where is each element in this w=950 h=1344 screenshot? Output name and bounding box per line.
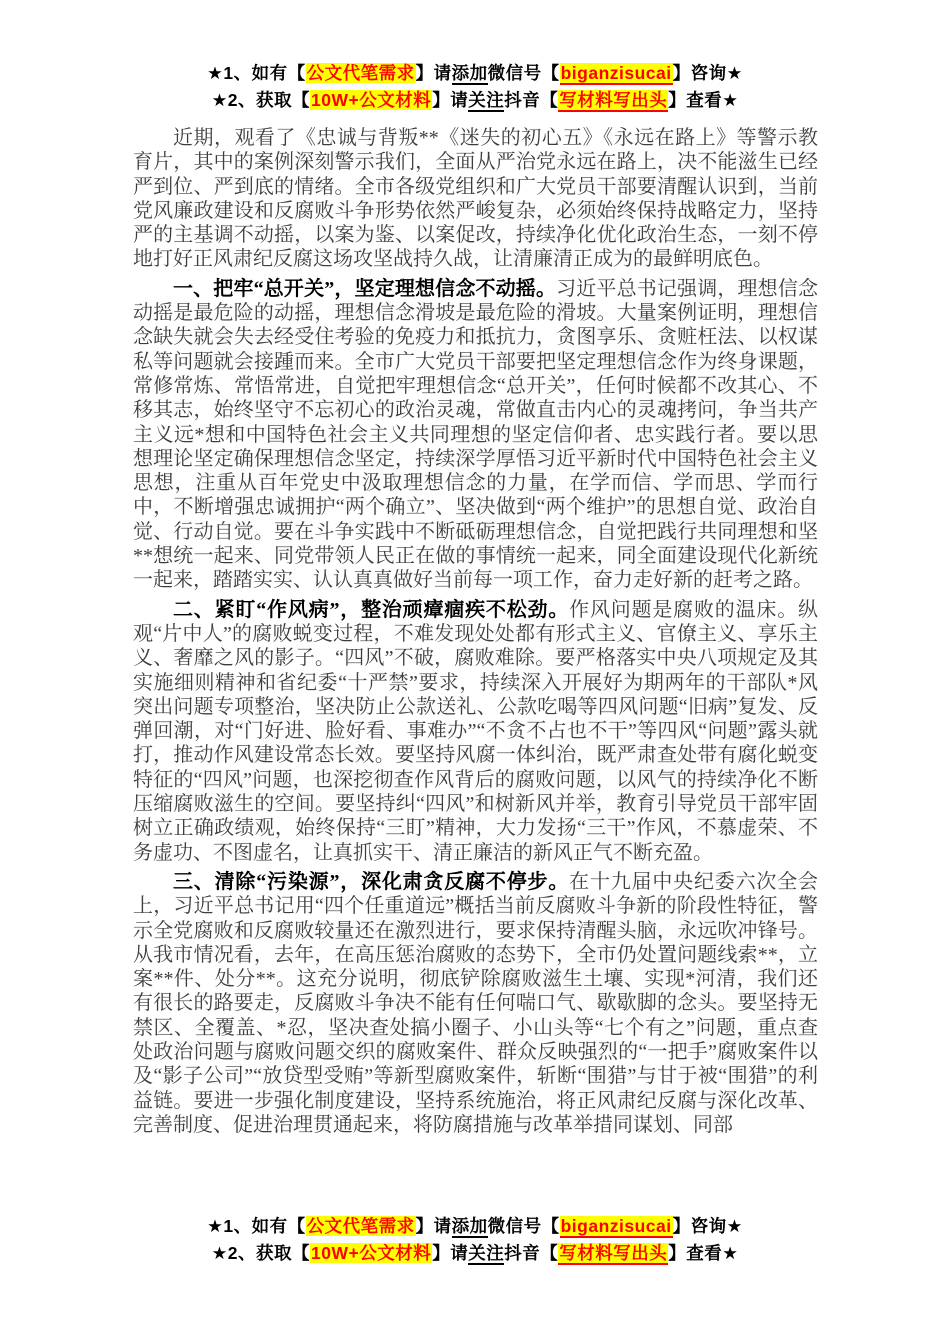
- promo-underline-follow: 关注: [468, 90, 504, 112]
- paragraph-text: 习近平总书记强调，理想信念动摇是最危险的动摇，理想信念滑坡是最危险的滑坡。大量案…: [133, 278, 818, 592]
- promo-text: 】请: [432, 90, 468, 110]
- promo-text: 】请: [416, 63, 452, 83]
- promo-text: ★2、获取【: [212, 1243, 310, 1263]
- promo-highlight-service: 公文代笔需求: [306, 63, 416, 83]
- promo-footer-line-2: ★2、获取【10W+公文材料】请关注抖音【写材料写出头】查看★: [0, 1240, 950, 1267]
- section-heading-2: 二、紧盯“作风病”，整治顽瘴痼疾不松劲。: [173, 599, 569, 621]
- promo-text: 】咨询★: [673, 1216, 743, 1236]
- paragraph-text: 在十九届中央纪委六次全会上，习近平总书记用“四个任重道远”概括当前反腐败斗争新的…: [133, 871, 818, 1136]
- promo-text: 微信号【: [488, 1216, 560, 1236]
- section-heading-3: 三、清除“污染源”，深化肃贪反腐不停步。: [173, 871, 569, 893]
- promo-text: 】请: [432, 1243, 468, 1263]
- promo-text: 抖音【: [504, 1243, 558, 1263]
- promo-highlight-douyin-id: 写材料写出头: [558, 90, 668, 112]
- paragraph-section-2: 二、紧盯“作风病”，整治顽瘴痼疾不松劲。作风问题是腐败的温床。纵观“片中人”的腐…: [133, 598, 818, 865]
- promo-highlight-wechat-id: biganzisucai: [560, 63, 673, 85]
- promo-highlight-wechat-id: biganzisucai: [560, 1216, 673, 1238]
- promo-text: 】查看★: [668, 90, 738, 110]
- promo-underline-follow: 关注: [468, 1243, 504, 1265]
- promo-text: 抖音【: [504, 90, 558, 110]
- paragraph-section-1: 一、把牢“总开关”，坚定理想信念不动摇。习近平总书记强调，理想信念动摇是最危险的…: [133, 277, 818, 593]
- document-page: ★1、如有【公文代笔需求】请添加微信号【biganzisucai】咨询★ ★2、…: [0, 0, 950, 1344]
- promo-text: 】咨询★: [673, 63, 743, 83]
- promo-header: ★1、如有【公文代笔需求】请添加微信号【biganzisucai】咨询★ ★2、…: [0, 60, 950, 114]
- promo-highlight-douyin-id: 写材料写出头: [558, 1243, 668, 1265]
- promo-header-line-2: ★2、获取【10W+公文材料】请关注抖音【写材料写出头】查看★: [0, 87, 950, 114]
- promo-text: ★2、获取【: [212, 90, 310, 110]
- promo-footer-line-1: ★1、如有【公文代笔需求】请添加微信号【biganzisucai】咨询★: [0, 1213, 950, 1240]
- promo-highlight-materials: 10W+公文材料: [310, 1243, 432, 1263]
- paragraph-text: 作风问题是腐败的温床。纵观“片中人”的腐败蜕变过程，不难发现处处都有形式主义、官…: [133, 599, 818, 864]
- promo-text: 微信号【: [488, 63, 560, 83]
- promo-text: 】请: [416, 1216, 452, 1236]
- paragraph-section-3: 三、清除“污染源”，深化肃贪反腐不停步。在十九届中央纪委六次全会上，习近平总书记…: [133, 870, 818, 1137]
- promo-text: ★1、如有【: [207, 1216, 305, 1236]
- promo-underline-add: 添加: [452, 63, 488, 85]
- promo-header-line-1: ★1、如有【公文代笔需求】请添加微信号【biganzisucai】咨询★: [0, 60, 950, 87]
- promo-highlight-materials: 10W+公文材料: [310, 90, 432, 110]
- document-body: 近期，观看了《忠诚与背叛**《迷失的初心五》《永远在路上》等警示教育片，其中的案…: [133, 126, 818, 1142]
- promo-footer: ★1、如有【公文代笔需求】请添加微信号【biganzisucai】咨询★ ★2、…: [0, 1213, 950, 1267]
- promo-highlight-service: 公文代笔需求: [306, 1216, 416, 1236]
- promo-text: 】查看★: [668, 1243, 738, 1263]
- paragraph-text: 近期，观看了《忠诚与背叛**《迷失的初心五》《永远在路上》等警示教育片，其中的案…: [133, 127, 818, 270]
- promo-underline-add: 添加: [452, 1216, 488, 1238]
- section-heading-1: 一、把牢“总开关”，坚定理想信念不动摇。: [173, 278, 556, 300]
- promo-text: ★1、如有【: [207, 63, 305, 83]
- paragraph-intro: 近期，观看了《忠诚与背叛**《迷失的初心五》《永远在路上》等警示教育片，其中的案…: [133, 126, 818, 272]
